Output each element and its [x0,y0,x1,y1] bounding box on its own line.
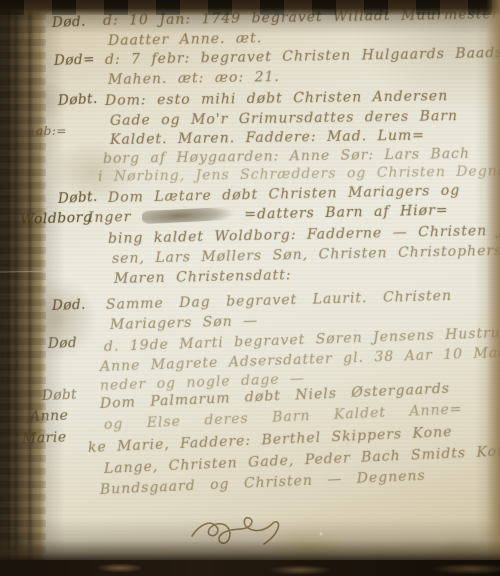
margin-note-name-marie: Marie [22,429,67,447]
book-binding [0,0,46,576]
margin-note-dead: Død [48,335,78,352]
margin-note-baptized: Døbt. [58,91,99,109]
photo-bottom-edge [0,560,500,576]
margin-note-baptized: Døbt. [58,189,99,207]
register-page-photo: Død. d: 10 Jan: 1749 begravet Willadt Mu… [0,0,500,576]
entry-line-fragment: Inger [88,209,132,226]
margin-note-dead: Død. [52,14,86,31]
margin-note-baptized: Døbt [42,387,78,404]
margin-note-abbrev: ab:= [36,124,67,138]
page-right-edge [486,0,500,576]
entry-line: Mahen. æt: æo: 21. [108,69,280,88]
margin-note-dead: Død= [54,52,95,69]
margin-note-name-woldborg: Woldborg [20,209,93,228]
entry-line: Daatter Anne. æt. [108,30,262,49]
page-bottom-shadow [0,540,500,562]
photo-top-edge [0,0,500,15]
margin-note-dead: Død. [52,297,86,314]
ink-blot-struck-word: Wiilsdatter [142,207,235,224]
margin-note-name-anne: Anne [30,408,69,425]
